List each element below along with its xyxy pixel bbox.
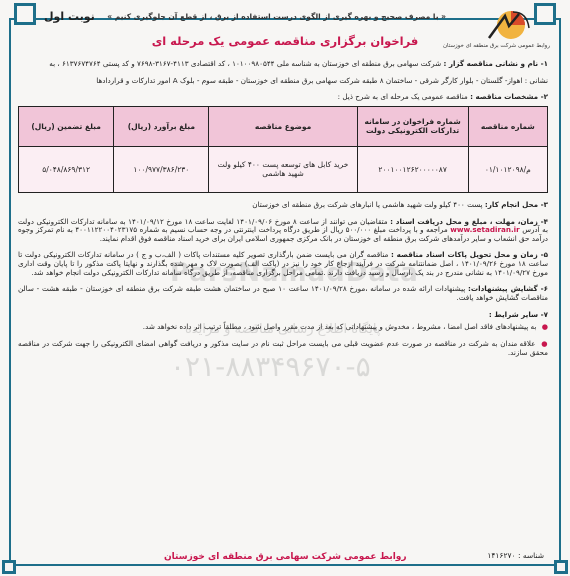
section-3-label: ۳- محل انجام کار: [485,200,548,209]
section-3-text: پست ۴۰۰ کیلو ولت شهید هاشمی یا انبارهای … [252,200,482,209]
section-4: ۴- زمان، مهلت ، مبلغ و محل دریافت اسناد … [18,218,548,244]
section-1-address: نشانی : اهواز- گلستان - بلوار کارگر شرقی… [18,77,548,86]
section-7-label: ۷- سایر شرایط : [489,310,548,319]
condition-bullet: ● به پیشنهادهای فاقد اصل امضا ، مشروط ، … [18,323,548,332]
col-header-guarantee: مبلغ تضمین (ریال) [19,106,114,146]
section-3: ۳- محل انجام کار: پست ۴۰۰ کیلو ولت شهید … [18,201,548,210]
section-2-text: مناقصه عمومی یک مرحله ای به شرح ذیل : [338,92,468,101]
notice-id: شناسه : ۱۴۱۶۲۷۰ [487,551,544,560]
section-5: ۵- زمان و محل تحویل پاکات اسناد مناقصه :… [18,251,548,277]
section-6: ۶- گشایش پیشنهادات: پیشنهادات ارائه شده … [18,285,548,302]
slogan: « با مصرف صحیح و بهره گیری از الگوی درست… [107,12,446,21]
cell-tender-number: م/۰۱/۱۰۱۲۰۹۸ [468,146,547,192]
col-header-tender-number: شماره مناقصه [468,106,547,146]
col-header-estimate: مبلغ برآورد (ریال) [114,106,209,146]
bullet-icon: ● [542,322,548,331]
cell-estimate: ۱۰۰/۹۷۷/۳۸۶/۲۳۰ [114,146,209,192]
cell-subject: خرید کابل های توسعه پست ۴۰۰ کیلو ولت شهی… [209,146,357,192]
notice-body: ۱- نام و نشانی مناقصه گزار : شرکت سهامی … [18,60,548,365]
section-1-label: ۱- نام و نشانی مناقصه گزار : [443,59,548,68]
round-label: نوبت اول [44,10,95,23]
cell-guarantee: ۵/۰۴۸/۸۶۹/۳۱۲ [19,146,114,192]
section-7: ۷- سایر شرایط : [18,311,548,320]
section-6-label: ۶- گشایش پیشنهادات: [468,284,548,293]
tender-table: شماره مناقصه شماره فراخوان در سامانه تدا… [18,106,548,193]
frame-corner-ornament [554,560,568,574]
section-2-label: ۲- مشخصات مناقصه : [470,92,548,101]
section-2: ۲- مشخصات مناقصه : مناقصه عمومی یک مرحله… [18,93,548,102]
page-title: فراخوان برگزاری مناقصه عمومی یک مرحله ای [14,34,556,48]
condition-text: به پیشنهادهای فاقد اصل امضا ، مشروط ، مخ… [143,322,537,331]
tender-notice: روابط عمومی شرکت برق منطقه ای خوزستان « … [14,0,556,576]
section-1-text: شرکت سهامی برق منطقه ای خوزستان به شناسه… [49,59,441,68]
col-header-call-number: شماره فراخوان در سامانه تدارکات الکترونی… [357,106,468,146]
bullet-icon: ● [541,339,548,348]
notice-id-label: شناسه : [518,551,544,560]
setadiran-link[interactable]: www.setadiran.ir [450,225,520,234]
condition-text: علاقه مندان به شرکت در مناقصه در صورت عد… [18,339,548,357]
notice-header: روابط عمومی شرکت برق منطقه ای خوزستان « … [14,6,556,56]
notice-id-value: ۱۴۱۶۲۷۰ [487,551,515,560]
section-1: ۱- نام و نشانی مناقصه گزار : شرکت سهامی … [18,60,548,69]
cell-call-number: ۲۰۰۱۰۰۱۲۶۲۰۰۰۰۰۸۷ [357,146,468,192]
table-row: م/۰۱/۱۰۱۲۰۹۸ ۲۰۰۱۰۰۱۲۶۲۰۰۰۰۰۸۷ خرید کابل… [19,146,548,192]
table-header-row: شماره مناقصه شماره فراخوان در سامانه تدا… [19,106,548,146]
condition-bullet: ● علاقه مندان به شرکت در مناقصه در صورت … [18,340,548,357]
public-relations-signature: روابط عمومی شرکت سهامی برق منطقه ای خوزس… [164,552,407,562]
col-header-subject: موضوع مناقصه [209,106,357,146]
